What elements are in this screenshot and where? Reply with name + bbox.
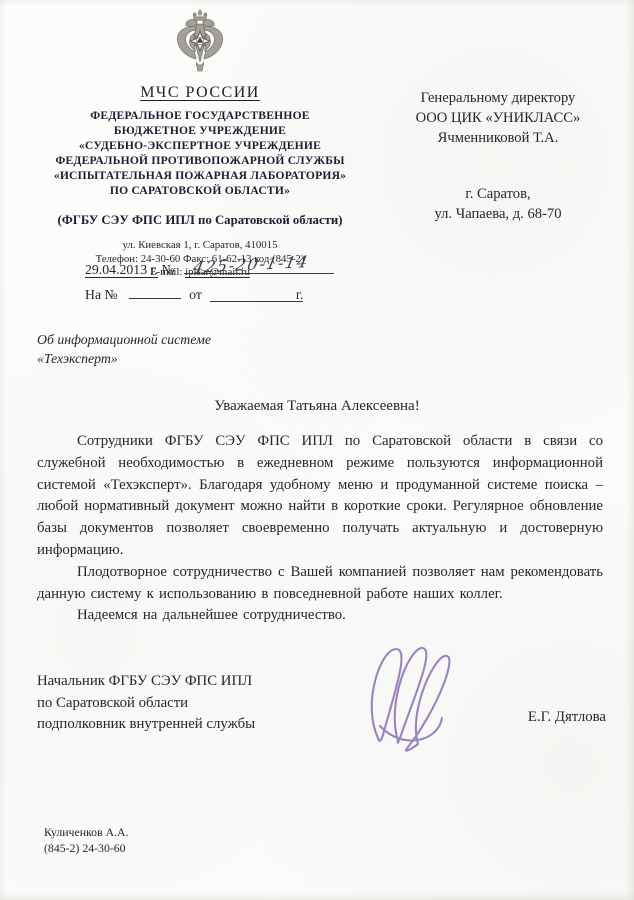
body-paragraph-1: Сотрудники ФГБУ СЭУ ФПС ИПЛ по Саратовск… [37, 431, 603, 562]
organization-abbreviation: (ФГБУ СЭУ ФПС ИПЛ по Саратовской области… [25, 213, 375, 228]
letterhead: МЧС РОССИИ ФЕДЕРАЛЬНОЕ ГОСУДАРСТВЕННОЕ Б… [25, 8, 375, 280]
org-line: ФЕДЕРАЛЬНОЕ ГОСУДАРСТВЕННОЕ [25, 108, 375, 123]
subject-line: «Техэксперт» [37, 350, 211, 369]
addressee-position: Генеральному директору [385, 88, 611, 108]
ref-date-blank: г. [210, 285, 304, 302]
ref-na-label: На № [85, 287, 121, 302]
addressee-company: ООО ЦИК «УНИКЛАСС» [385, 108, 611, 128]
ref-number-blank [129, 284, 181, 299]
addressee-block: Генеральному директору ООО ЦИК «УНИКЛАСС… [385, 88, 611, 224]
ref-date-blank-space [210, 285, 296, 299]
subject-block: Об информационной системе «Техэксперт» [37, 331, 211, 368]
signer-position-line: Начальник ФГБУ СЭУ ФПС ИПЛ [37, 671, 255, 693]
date-number-line: 29.04.2013 г. № 425-20-1-14 [85, 257, 334, 278]
executor-name: Куличенков А.А. [44, 825, 129, 841]
ref-ot-label: от [189, 287, 202, 302]
organization-name: ФЕДЕРАЛЬНОЕ ГОСУДАРСТВЕННОЕ БЮДЖЕТНОЕ УЧ… [25, 108, 375, 198]
signature-scribble [350, 642, 482, 752]
executor-phone: (845-2) 24-30-60 [44, 841, 129, 857]
addressee-street: ул. Чапаева, д. 68-70 [385, 204, 611, 224]
ref-g-label: г. [296, 287, 304, 302]
signer-name: Е.Г. Дятлова [528, 709, 606, 726]
scanned-letter-page: МЧС РОССИИ ФЕДЕРАЛЬНОЕ ГОСУДАРСТВЕННОЕ Б… [0, 0, 634, 900]
letter-body: Сотрудники ФГБУ СЭУ ФПС ИПЛ по Саратовск… [37, 431, 603, 627]
org-line: «СУДЕБНО-ЭКСПЕРТНОЕ УЧРЕЖДЕНИЕ [25, 138, 375, 153]
org-line: ПО САРАТОВСКОЙ ОБЛАСТИ» [25, 183, 375, 198]
org-line: БЮДЖЕТНОЕ УЧРЕЖДЕНИЕ [25, 123, 375, 138]
body-paragraph-2: Плодотворное сотрудничество с Вашей комп… [37, 562, 603, 606]
number-label: № [162, 262, 175, 277]
outgoing-number-blank: 425-20-1-14 [184, 257, 334, 274]
incoming-reference-line: На № отг. [85, 284, 303, 303]
addressee-person: Ячменниковой Т.А. [385, 128, 611, 148]
org-line: ФЕДЕРАЛЬНОЙ ПРОТИВОПОЖАРНОЙ СЛУЖБЫ [25, 153, 375, 168]
org-line: «ИСПЫТАТЕЛЬНАЯ ПОЖАРНАЯ ЛАБОРАТОРИЯ» [25, 168, 375, 183]
mchs-emblem-icon [171, 8, 229, 78]
signer-position-block: Начальник ФГБУ СЭУ ФПС ИПЛ по Саратовско… [37, 671, 255, 736]
addressee-gap [385, 148, 611, 184]
addressee-city: г. Саратов, [385, 184, 611, 204]
signer-position-line: подполковник внутренней службы [37, 714, 255, 736]
subject-line: Об информационной системе [37, 331, 211, 350]
street-address: ул. Киевская 1, г. Саратов, 410015 [25, 239, 375, 253]
executor-block: Куличенков А.А. (845-2) 24-30-60 [44, 825, 129, 856]
salutation: Уважаемая Татьяна Алексеевна! [0, 398, 634, 415]
body-paragraph-3: Надеемся на дальнейшее сотрудничество. [37, 605, 603, 627]
signer-position-line: по Саратовской области [37, 693, 255, 715]
letter-date: 29.04.2013 г. [85, 262, 158, 277]
ministry-title: МЧС РОССИИ [140, 84, 260, 102]
